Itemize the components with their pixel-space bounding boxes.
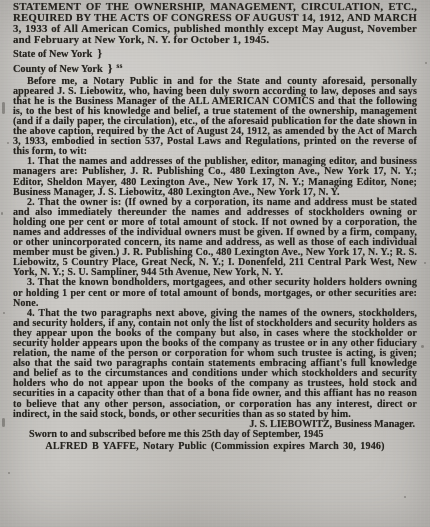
notary-line: ALFRED B YAFFE, Notary Public (Commissio… bbox=[13, 442, 417, 453]
paragraph-item-4: 4. That the two paragraphs next above, g… bbox=[13, 309, 417, 420]
brace-glyph: } bbox=[97, 46, 102, 60]
sworn-line: Sworn to and subscribed before me this 2… bbox=[13, 430, 417, 440]
scan-speck bbox=[2, 102, 5, 114]
scan-speck bbox=[421, 345, 424, 348]
document-heading: STATEMENT OF THE OWNERSHIP, MANAGEMENT, … bbox=[13, 2, 417, 46]
scan-speck bbox=[425, 62, 427, 64]
venue-county-row: County of New York}ss bbox=[13, 61, 417, 76]
scan-speck bbox=[424, 262, 426, 264]
scan-speck bbox=[7, 142, 9, 144]
venue-block: State of New York} County of New York}ss bbox=[13, 48, 417, 75]
paragraph-item-1: 1. That the names and addresses of the p… bbox=[13, 157, 417, 197]
scan-speck bbox=[2, 418, 5, 427]
scan-speck bbox=[8, 472, 10, 474]
ss-mark: ss bbox=[116, 62, 122, 70]
venue-county-line: County of New York bbox=[13, 64, 103, 75]
paragraph-item-2: 2. That the owner is: (If owned by a cor… bbox=[13, 198, 417, 279]
scan-speck bbox=[1, 212, 3, 215]
scan-speck bbox=[3, 312, 5, 314]
venue-state-line: State of New York bbox=[13, 49, 92, 60]
document-content: STATEMENT OF THE OWNERSHIP, MANAGEMENT, … bbox=[13, 2, 417, 452]
brace-glyph: } bbox=[108, 61, 113, 75]
statement-document: STATEMENT OF THE OWNERSHIP, MANAGEMENT, … bbox=[0, 0, 430, 527]
paragraph-preamble: Before me, a Notary Public in and for th… bbox=[13, 77, 417, 158]
venue-state-row: State of New York} bbox=[13, 48, 417, 61]
scan-speck bbox=[404, 496, 406, 498]
paragraph-item-3: 3. That the known bondholders, mortgagee… bbox=[13, 278, 417, 308]
